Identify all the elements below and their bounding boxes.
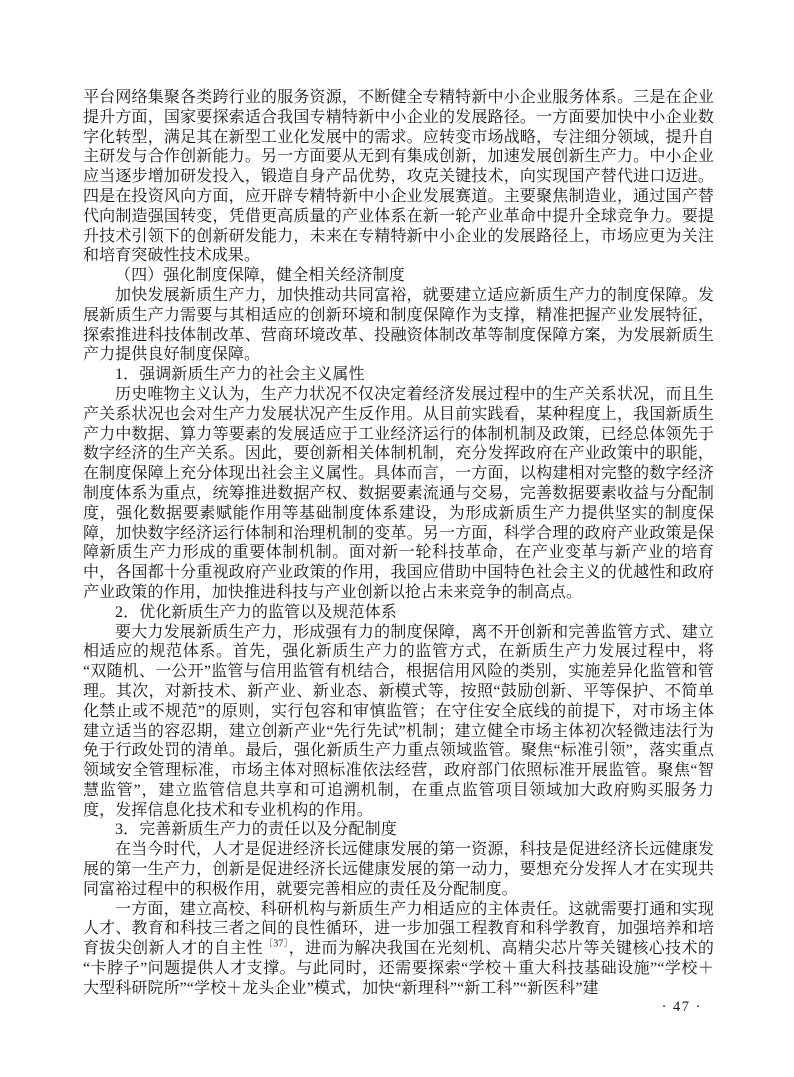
section-heading: （四）强化制度保障，健全相关经济制度: [83, 266, 714, 286]
body-paragraph: 在当今时代，人才是促进经济长远健康发展的第一资源，科技是促进经济长远健康发展的第…: [83, 840, 714, 899]
body-paragraph: 一方面，建立高校、科研机构与新质生产力相适应的主体责任。这就需要打通和实现人才、…: [83, 900, 714, 999]
body-paragraph: 要大力发展新质生产力，形成强有力的制度保障，离不开创新和完善监管方式、建立相适应…: [83, 623, 714, 821]
page-number: · 47 ·: [662, 998, 702, 1016]
body-paragraph: 平台网络集聚各类跨行业的服务资源，不断健全专精特新中小企业服务体系。三是在企业提…: [83, 88, 714, 266]
section-heading: 1．强调新质生产力的社会主义属性: [83, 365, 714, 385]
body-paragraph: 历史唯物主义认为，生产力状况不仅决定着经济发展过程中的生产关系状况，而且生产关系…: [83, 385, 714, 603]
section-heading: 2．优化新质生产力的监管以及规范体系: [83, 603, 714, 623]
document-page: 平台网络集聚各类跨行业的服务资源，不断健全专精特新中小企业服务体系。三是在企业提…: [0, 0, 794, 1077]
section-heading: 3．完善新质生产力的责任以及分配制度: [83, 820, 714, 840]
body-paragraph: 加快发展新质生产力，加快推动共同富裕，就要建立适应新质生产力的制度保障。发展新质…: [83, 286, 714, 365]
footnote-reference: 〔37〕: [263, 939, 289, 950]
text-block: 平台网络集聚各类跨行业的服务资源，不断健全专精特新中小企业服务体系。三是在企业提…: [83, 88, 714, 999]
